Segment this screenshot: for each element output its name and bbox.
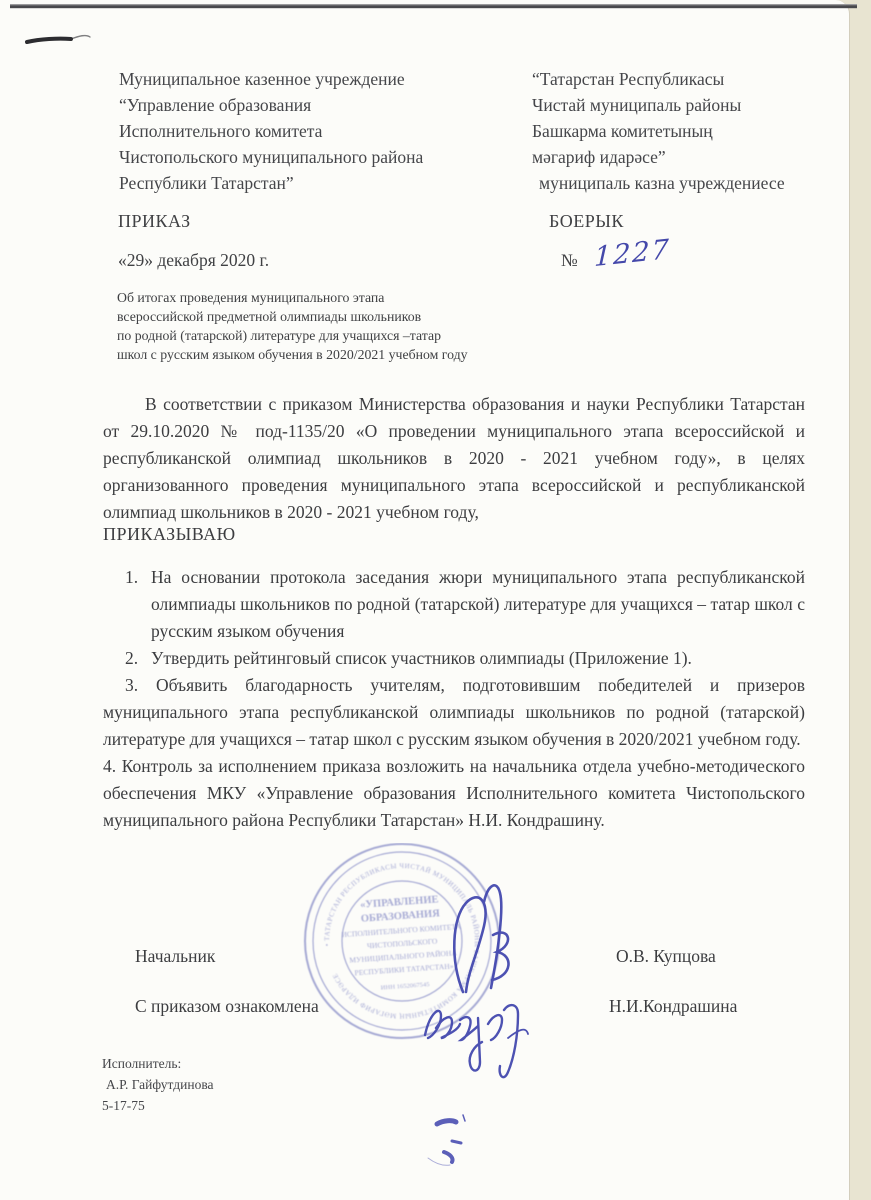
org-line: Чистопольского муниципального района [119, 144, 519, 170]
stamp-center-line: РЕСПУБЛИКИ ТАТАРСТАН» [354, 961, 454, 977]
item-number: 4. [103, 756, 116, 776]
org-line: Чистай муниципаль районы [532, 92, 842, 118]
item-text: Контроль за исполнением приказа возложит… [103, 756, 805, 830]
executor-label: Исполнитель: [102, 1053, 214, 1074]
executor-name: А.Р. Гайфутдинова [102, 1074, 214, 1095]
signer-role: С приказом ознакомлена [135, 996, 319, 1017]
stamp-text: • ТАТАРСТАН РЕСПУБЛИКАСЫ ЧИСТАЙ МУНИЦИПА… [318, 857, 487, 1026]
order-item-2: 2. Утвердить рейтинговый список участник… [125, 645, 805, 672]
org-line: Республики Татарстан” [119, 170, 519, 196]
org-line: Муниципальное казенное учреждение [119, 66, 519, 92]
item-text: На основании протокола заседания жюри му… [151, 564, 805, 645]
org-line: муниципаль казна учреждениесе [532, 170, 842, 196]
order-items: 1. На основании протокола заседания жюри… [103, 564, 805, 834]
signer-role: Начальник [135, 946, 215, 967]
stamp-center-line: ОБРАЗОВАНИЯ [360, 908, 440, 925]
stamp-center-line: ЧИСТОПОЛЬСКОГО [367, 937, 438, 951]
doc-date: «29» декабря 2020 г. [118, 250, 269, 271]
stamp-center-line: ИНН 1652067545 [381, 981, 431, 991]
doc-number-label: № [561, 250, 578, 271]
org-line: Башкарма комитетының [532, 118, 842, 144]
org-name-tatar: “Татарстан Республикасы Чистай муниципал… [532, 66, 842, 196]
official-round-stamp: • ТАТАРСТАН РЕСПУБЛИКАСЫ ЧИСТАЙ МУНИЦИПА… [298, 843, 514, 1049]
doc-type-tatar: БОЕРЫК [549, 211, 624, 232]
org-line: Исполнительного комитета [119, 118, 519, 144]
signer-name: Н.И.Кондрашина [609, 996, 737, 1017]
doc-subject: Об итогах проведения муниципального этап… [117, 288, 597, 364]
stamp-center-line: ИСПОЛНИТЕЛЬНОГО КОМИТЕТА [341, 922, 462, 939]
executor-block: Исполнитель: А.Р. Гайфутдинова 5-17-75 [102, 1053, 214, 1116]
order-item-4: 4. Контроль за исполнением приказа возло… [103, 753, 805, 834]
doc-number-handwritten: 1227 [594, 234, 671, 273]
subject-line: по родной (татарской) литературе для уча… [117, 326, 597, 345]
item-number: 2. [125, 645, 151, 672]
subject-line: Об итогах проведения муниципального этап… [117, 288, 597, 307]
org-line: “Управление образования [119, 92, 519, 118]
doc-type-russian: ПРИКАЗ [118, 211, 191, 232]
item-number: 1. [125, 564, 151, 645]
order-item-3: 3. Объявить благодарность учителям, подг… [103, 672, 805, 753]
item-text: Утвердить рейтинговый список участников … [151, 645, 805, 672]
intro-paragraph: В соответствии с приказом Министерства о… [103, 391, 805, 526]
item-number: 3. [125, 675, 138, 695]
executor-phone: 5-17-75 [102, 1095, 214, 1116]
signer-name: О.В. Купцова [616, 946, 716, 967]
org-name-russian: Муниципальное казенное учреждение “Управ… [119, 66, 519, 196]
subject-line: школ с русским языком обучения в 2020/20… [117, 345, 597, 364]
subject-line: всероссийской предметной олимпиады школь… [117, 307, 597, 326]
paper-sheet: Муниципальное казенное учреждение “Управ… [0, 0, 850, 1200]
directive-word: ПРИКАЗЫВАЮ [103, 524, 236, 545]
order-item-1: 1. На основании протокола заседания жюри… [125, 564, 805, 645]
item-text: Объявить благодарность учителям, подгото… [103, 675, 805, 749]
org-line: “Татарстан Республикасы [532, 66, 842, 92]
org-line: мәгариф идарәсе” [532, 144, 842, 170]
